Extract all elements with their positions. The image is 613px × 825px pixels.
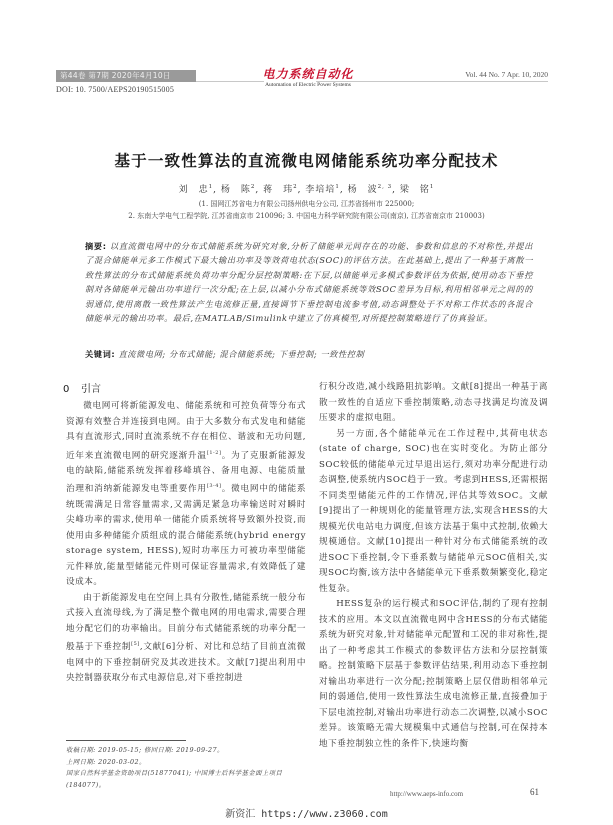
- journal-name-en: Automation of Electric Power Systems: [228, 82, 388, 88]
- abstract-text: 以直流微电网中的分布式储能系统为研究对象,分析了储能单元间存在的功能、参数和信息…: [85, 241, 533, 323]
- author: 杨 陈2: [221, 185, 256, 195]
- citation[interactable]: [5]: [131, 641, 140, 647]
- paragraph: 由于新能源发电在空间上具有分散性,储能系统一般分布式接入直流母线,为了满足整个微…: [66, 591, 306, 687]
- paper-title: 基于一致性算法的直流微电网储能系统功率分配技术: [0, 149, 613, 171]
- author: 杨 波2, 3: [348, 185, 393, 195]
- volume-info: Vol. 44 No. 7 Apr. 10, 2020: [420, 70, 548, 79]
- keywords-label: 关键词:: [85, 349, 115, 359]
- body-column-right: 行积分改造,减小线路阻抗影响。文献[8]提出一种基于离散一致性的自适应下垂控制策…: [319, 380, 548, 752]
- body-column-left: 微电网可将新能源发电、储能系统和可控负荷等分布式资源有效整合并连接到电网。由于大…: [66, 399, 306, 687]
- issue-badge: 第44卷 第7期 2020年4月10日: [56, 70, 196, 82]
- paragraph: 另一方面,各个储能单元在工作过程中,其荷电状态(state of charge,…: [319, 427, 548, 598]
- paragraph: 行积分改造,减小线路阻抗影响。文献[8]提出一种基于离散一致性的自适应下垂控制策…: [319, 380, 548, 427]
- section-number: 0: [63, 384, 81, 395]
- abstract: 摘要: 以直流微电网中的分布式储能系统为研究对象,分析了储能单元间存在的功能、参…: [85, 239, 533, 325]
- abstract-label: 摘要:: [85, 241, 107, 251]
- affiliation-line-1: (1. 国网江苏省电力有限公司扬州供电分公司, 江苏省扬州市 225000;: [0, 199, 613, 209]
- watermark: 新资汇 https://www.z3060.com: [0, 805, 613, 820]
- citation[interactable]: [1-2]: [207, 450, 222, 456]
- affiliation-line-2: 2. 东南大学电气工程学院, 江苏省南京市 210096; 3. 中国电力科学研…: [0, 211, 613, 221]
- footnote-divider: [66, 740, 186, 741]
- author: 李培培1: [305, 185, 340, 195]
- footnote-received: 收稿日期: 2019-05-15; 修回日期: 2019-09-27。: [66, 745, 306, 757]
- author: 蒋 玮2: [263, 185, 298, 195]
- author-list: 刘 忠1, 杨 陈2, 蒋 玮2, 李培培1, 杨 波2, 3, 梁 铭1: [0, 182, 613, 195]
- author: 梁 铭1: [400, 185, 435, 195]
- footnote-online: 上网日期: 2020-03-02。: [66, 757, 306, 769]
- citation[interactable]: [3-4]: [207, 483, 222, 489]
- footnotes: 收稿日期: 2019-05-15; 修回日期: 2019-09-27。 上网日期…: [66, 745, 306, 791]
- paragraph: 微电网可将新能源发电、储能系统和可控负荷等分布式资源有效整合并连接到电网。由于大…: [66, 399, 306, 591]
- keywords-text: 直流微电网; 分布式储能; 混合储能系统; 下垂控制; 一致性控制: [118, 349, 364, 359]
- paragraph: HESS复杂的运行模式和SOC评估,制约了现有控制技术的应用。本文以直流微电网中…: [319, 597, 548, 752]
- section-heading-introduction: 0引言: [63, 380, 101, 395]
- author: 刘 忠1: [179, 185, 214, 195]
- section-title: 引言: [81, 384, 101, 395]
- doi: DOI: 10. 7500/AEPS20190515005: [56, 85, 174, 94]
- journal-url[interactable]: http://www.aeps-info.com: [390, 790, 463, 798]
- footnote-funding: 国家自然科学基金资助项目(51877041); 中国博士后科学基金面上项目(18…: [66, 768, 306, 791]
- journal-logo-cn: 电力系统自动化: [258, 65, 358, 82]
- keywords: 关键词: 直流微电网; 分布式储能; 混合储能系统; 下垂控制; 一致性控制: [85, 349, 533, 360]
- page-number: 61: [530, 787, 539, 797]
